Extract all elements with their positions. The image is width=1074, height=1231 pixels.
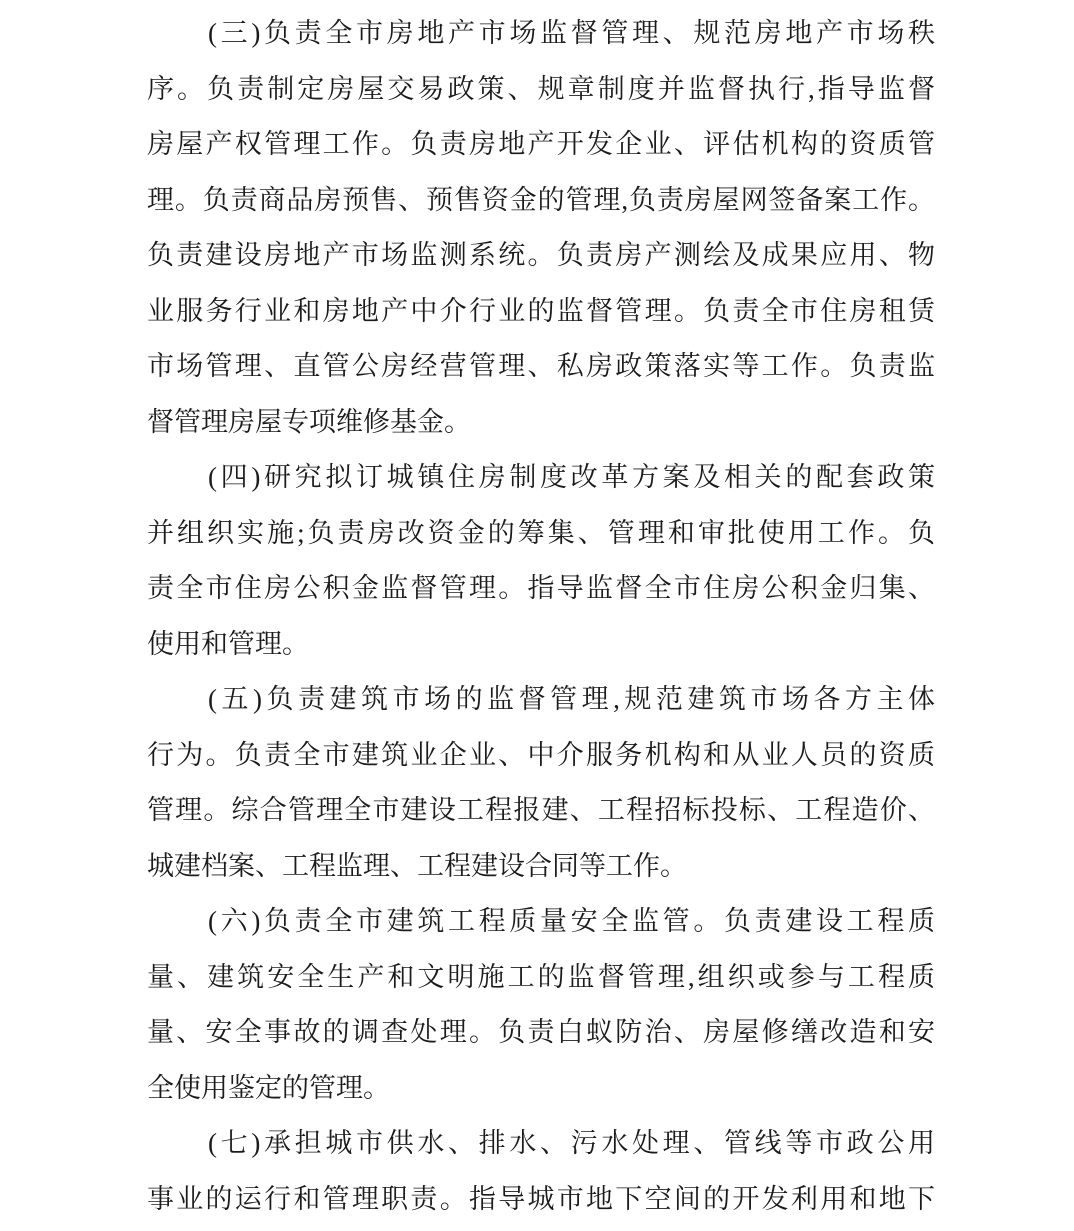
text-line: 并组织实施;负责房改资金的筹集、管理和审批使用工作。负 <box>147 506 935 562</box>
text-line: (七)承担城市供水、排水、污水处理、管线等市政公用 <box>147 1116 935 1172</box>
paragraph-item-6: (六)负责全市建筑工程质量安全监管。负责建设工程质量、建筑安全生产和文明施工的监… <box>147 894 935 1116</box>
text-line: 使用和管理。 <box>147 617 935 673</box>
text-line: 量、建筑安全生产和文明施工的监督管理,组织或参与工程质 <box>147 950 935 1006</box>
text-line: (三)负责全市房地产市场监督管理、规范房地产市场秩 <box>147 6 935 62</box>
text-line: 理。负责商品房预售、预售资金的管理,负责房屋网签备案工作。 <box>147 173 935 229</box>
text-line: 督管理房屋专项维修基金。 <box>147 395 935 451</box>
text-line: 市场管理、直管公房经营管理、私房政策落实等工作。负责监 <box>147 339 935 395</box>
paragraph-item-3: (三)负责全市房地产市场监督管理、规范房地产市场秩序。负责制定房屋交易政策、规章… <box>147 6 935 450</box>
text-line: 责全市住房公积金监督管理。指导监督全市住房公积金归集、 <box>147 561 935 617</box>
text-line: (五)负责建筑市场的监督管理,规范建筑市场各方主体 <box>147 672 935 728</box>
text-line: 事业的运行和管理职责。指导城市地下空间的开发利用和地下 <box>147 1172 935 1228</box>
text-line: (六)负责全市建筑工程质量安全监管。负责建设工程质 <box>147 894 935 950</box>
text-line: 城建档案、工程监理、工程建设合同等工作。 <box>147 839 935 895</box>
text-line: 行为。负责全市建筑业企业、中介服务机构和从业人员的资质 <box>147 728 935 784</box>
text-line: 负责建设房地产市场监测系统。负责房产测绘及成果应用、物 <box>147 228 935 284</box>
document-body: (三)负责全市房地产市场监督管理、规范房地产市场秩序。负责制定房屋交易政策、规章… <box>147 6 935 1227</box>
document-page: (三)负责全市房地产市场监督管理、规范房地产市场秩序。负责制定房屋交易政策、规章… <box>0 0 1074 1231</box>
text-line: 序。负责制定房屋交易政策、规章制度并监督执行,指导监督 <box>147 62 935 118</box>
text-line: 管理。综合管理全市建设工程报建、工程招标投标、工程造价、 <box>147 783 935 839</box>
paragraph-item-5: (五)负责建筑市场的监督管理,规范建筑市场各方主体行为。负责全市建筑业企业、中介… <box>147 672 935 894</box>
paragraph-item-7: (七)承担城市供水、排水、污水处理、管线等市政公用事业的运行和管理职责。指导城市… <box>147 1116 935 1227</box>
text-line: 全使用鉴定的管理。 <box>147 1061 935 1117</box>
text-line: 房屋产权管理工作。负责房地产开发企业、评估机构的资质管 <box>147 117 935 173</box>
paragraph-item-4: (四)研究拟订城镇住房制度改革方案及相关的配套政策并组织实施;负责房改资金的筹集… <box>147 450 935 672</box>
text-line: 业服务行业和房地产中介行业的监督管理。负责全市住房租赁 <box>147 284 935 340</box>
text-line: 量、安全事故的调查处理。负责白蚁防治、房屋修缮改造和安 <box>147 1005 935 1061</box>
text-line: (四)研究拟订城镇住房制度改革方案及相关的配套政策 <box>147 450 935 506</box>
